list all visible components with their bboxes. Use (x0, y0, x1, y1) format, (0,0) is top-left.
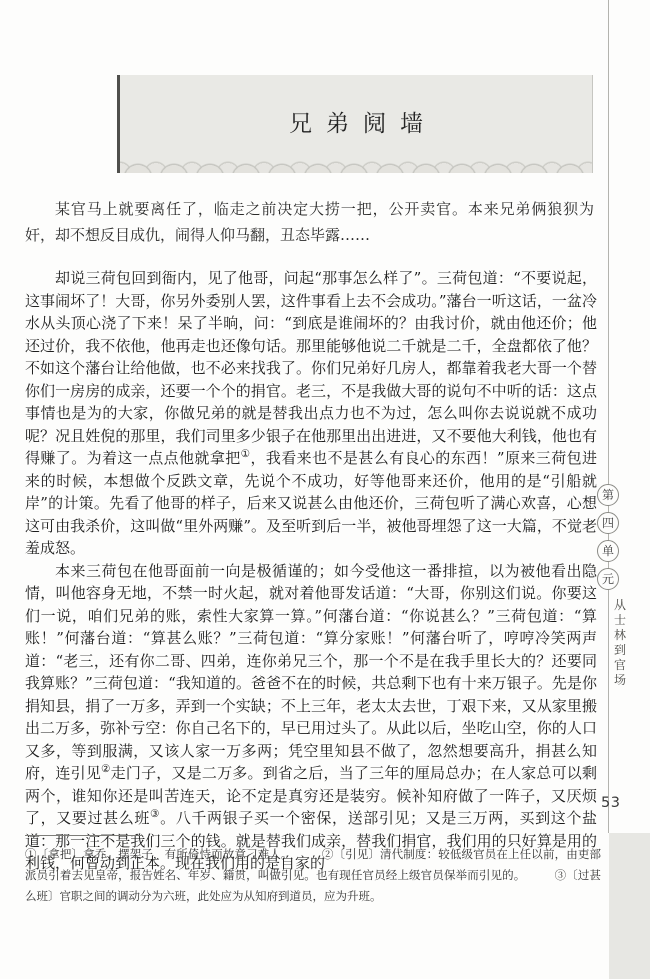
chapter-title-box: 兄弟阋墙 (117, 75, 593, 173)
unit-subtitle: 从士林到官场 (613, 598, 627, 688)
footnotes: ①〔拿把〕拿乔、摆架子，有所倚恃而故意刁难人。 ②〔引见〕清代制度：较低级官员在… (25, 844, 601, 907)
unit-badge-char: 元 (597, 568, 619, 590)
body-paragraph: 却说三荷包回到衙内，见了他哥，问起“那事怎么样了”。三荷包道：“不要说起，这事闹… (25, 267, 597, 560)
unit-badge: 第 四 单 元 (597, 484, 620, 596)
chapter-title: 兄弟阋墙 (120, 75, 592, 138)
wave-pattern-decoration (120, 145, 592, 173)
page-edge-rule (608, 0, 609, 833)
body-paragraph: 本来三荷包在他哥面前一向是极循谨的；如今受他这一番排揎，以为被他看出隐情，叫他容… (25, 560, 597, 875)
chapter-intro: 某官马上就要离任了，临走之前决定大捞一把，公开卖官。本来兄弟俩狼狈为奸，却不想反… (25, 196, 594, 248)
book-page: 53 第 四 单 元 从士林到官场 兄弟阋墙 某官马上就要离任了，临走之前决定大… (0, 0, 650, 979)
unit-badge-char: 第 (597, 484, 619, 506)
footnote-separator (25, 835, 143, 836)
page-number: 53 (601, 795, 641, 811)
page-corner-block (609, 833, 650, 979)
unit-badge-char: 单 (597, 540, 619, 562)
unit-badge-char: 四 (597, 512, 619, 534)
body-text: 却说三荷包回到衙内，见了他哥，问起“那事怎么样了”。三荷包道：“不要说起，这事闹… (25, 267, 597, 875)
